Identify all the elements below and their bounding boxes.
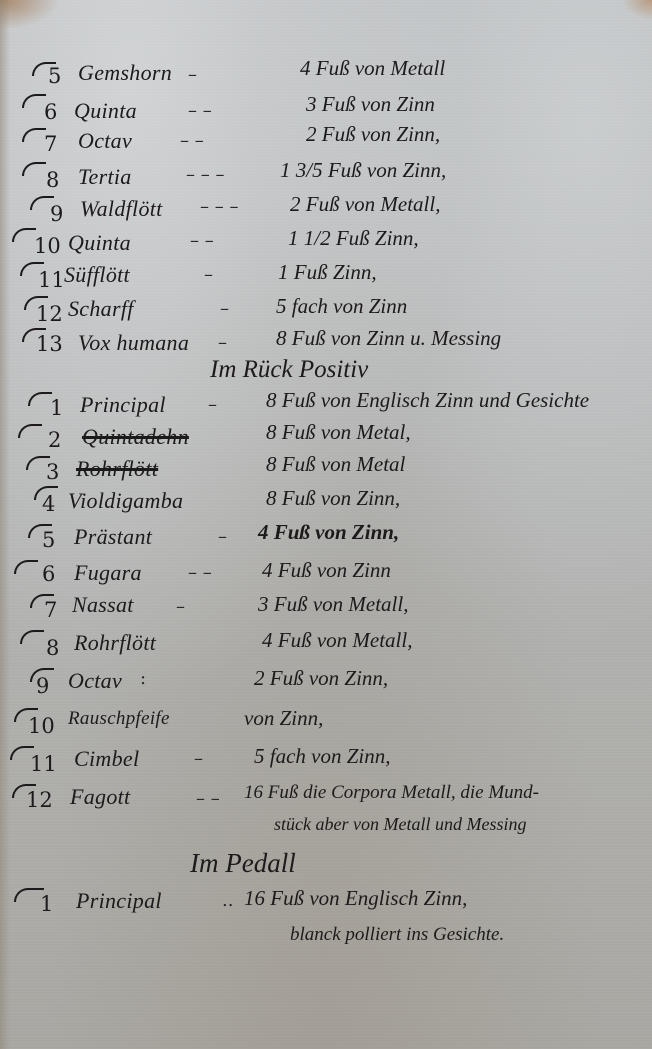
stop-number: 8 xyxy=(46,168,59,192)
leader-dash: – – xyxy=(190,230,214,251)
numeral-swash xyxy=(12,228,36,242)
numeral-swash xyxy=(18,424,42,438)
numeral-swash xyxy=(22,128,46,142)
stop-description: von Zinn, xyxy=(244,706,323,731)
numeral-swash xyxy=(28,392,52,406)
stop-number: 1 xyxy=(50,396,63,420)
stop-row: 2 Quintadehn 8 Fuß von Metal, xyxy=(0,420,652,454)
stop-number: 5 xyxy=(48,64,61,88)
stop-name: Fugara xyxy=(74,560,142,586)
stop-number: 8 xyxy=(46,636,59,660)
page-corner-stain-right xyxy=(622,0,652,20)
leader-dash: – xyxy=(204,264,213,285)
leader-dash: – xyxy=(188,64,197,85)
stop-number: 7 xyxy=(44,598,57,622)
stop-number: 10 xyxy=(34,234,61,258)
stop-row: 1 Principal .. 16 Fuß von Englisch Zinn, xyxy=(0,886,652,920)
manuscript-page: 5 Gemshorn – 4 Fuß von Metall 6 Quinta –… xyxy=(0,0,652,1049)
leader-dash: : xyxy=(140,668,146,689)
stop-row: 12 Scharff – 5 fach von Zinn xyxy=(0,294,652,328)
stop-description: 4 Fuß von Metall, xyxy=(262,628,412,653)
stop-name: Nassat xyxy=(72,592,134,618)
stop-name: Quinta xyxy=(68,230,131,256)
stop-description: 2 Fuß von Metall, xyxy=(290,192,440,217)
numeral-swash xyxy=(22,162,46,176)
stop-name-struck: Quintadehn xyxy=(82,424,189,450)
leader-dash: – xyxy=(218,332,227,353)
stop-name: Rauschpfeife xyxy=(68,708,170,730)
stop-row: 12 Fagott – – 16 Fuß die Corpora Metall,… xyxy=(0,782,652,816)
stop-row: 3 Rohrflött 8 Fuß von Metal xyxy=(0,452,652,486)
stop-row: 11 Süfflött – 1 Fuß Zinn, xyxy=(0,260,652,294)
stop-row: 5 Gemshorn – 4 Fuß von Metall xyxy=(0,56,652,90)
numeral-swash xyxy=(22,94,46,108)
stop-row: 10 Quinta – – 1 1/2 Fuß Zinn, xyxy=(0,226,652,260)
stop-name: Principal xyxy=(76,888,162,914)
stop-number: 12 xyxy=(26,788,53,812)
stop-description: 1 1/2 Fuß Zinn, xyxy=(288,226,419,251)
stop-description-cont: blanck polliert ins Gesichte. xyxy=(290,924,504,946)
stop-number: 3 xyxy=(46,460,59,484)
stop-name: Tertia xyxy=(78,164,132,190)
stop-number: 1 xyxy=(40,892,53,916)
stop-number: 9 xyxy=(36,674,49,698)
stop-name: Principal xyxy=(80,392,166,418)
stop-row: 7 Octav – – 2 Fuß von Zinn, xyxy=(0,124,652,158)
stop-name: Octav xyxy=(68,668,122,694)
stop-description: 1 Fuß Zinn, xyxy=(278,260,377,285)
stop-description: 16 Fuß die Corpora Metall, die Mund- xyxy=(244,782,539,804)
stop-number: 6 xyxy=(44,100,57,124)
numeral-swash xyxy=(14,560,38,574)
stop-description-continuation: stück aber von Metall und Messing xyxy=(0,814,652,848)
stop-description: 2 Fuß von Zinn, xyxy=(254,666,388,691)
stop-number: 6 xyxy=(42,562,55,586)
stop-number: 13 xyxy=(36,332,63,356)
stop-row: 11 Cimbel – 5 fach von Zinn, xyxy=(0,744,652,778)
leader-dash: – xyxy=(194,748,203,769)
stop-name: Fagott xyxy=(70,784,130,810)
stop-name: Süfflött xyxy=(64,262,130,288)
stop-description: 8 Fuß von Metal xyxy=(266,452,405,477)
leader-dash: – – xyxy=(188,562,212,583)
stop-name-struck: Rohrflött xyxy=(76,456,158,482)
stop-description: 8 Fuß von Zinn u. Messing xyxy=(276,326,501,351)
leader-dash: – xyxy=(220,298,229,319)
leader-dash: – xyxy=(208,394,217,415)
stop-description: 5 fach von Zinn, xyxy=(254,744,391,769)
stop-number: 10 xyxy=(28,714,55,738)
stop-description-continuation: blanck polliert ins Gesichte. xyxy=(0,924,652,958)
stop-row: 4 Violdigamba 8 Fuß von Zinn, xyxy=(0,484,652,518)
stop-name: Cimbel xyxy=(74,746,139,772)
section-heading: Im Pedall xyxy=(190,848,296,879)
leader-dash: .. xyxy=(222,890,233,911)
stop-name: Scharff xyxy=(68,296,134,322)
stop-number: 12 xyxy=(36,302,63,326)
stop-name: Vox humana xyxy=(78,330,189,356)
stop-name: Quinta xyxy=(74,98,137,124)
stop-description: 4 Fuß von Zinn xyxy=(262,558,391,583)
stop-row: 13 Vox humana – 8 Fuß von Zinn u. Messin… xyxy=(0,326,652,360)
stop-name: Violdigamba xyxy=(68,488,183,514)
stop-row: 6 Quinta – – 3 Fuß von Zinn xyxy=(0,90,652,124)
stop-number: 11 xyxy=(30,752,57,776)
stop-description: 4 Fuß von Metall xyxy=(300,56,445,81)
stop-row: 1 Principal – 8 Fuß von Englisch Zinn un… xyxy=(0,388,652,422)
leader-dash: – – – xyxy=(200,196,238,217)
stop-name: Rohrflött xyxy=(74,630,156,656)
stop-number: 7 xyxy=(44,132,57,156)
stop-description: 1 3/5 Fuß von Zinn, xyxy=(280,158,446,183)
stop-description-cont: stück aber von Metall und Messing xyxy=(274,814,526,835)
stop-name: Prästant xyxy=(74,524,152,550)
stop-description: 8 Fuß von Zinn, xyxy=(266,486,400,511)
leader-dash: – – – xyxy=(186,164,224,185)
stop-number: 2 xyxy=(48,428,61,452)
stop-description: 8 Fuß von Englisch Zinn und Gesichte xyxy=(266,388,589,413)
stop-description: 3 Fuß von Metall, xyxy=(258,592,408,617)
section-heading: Im Rück Positiv xyxy=(210,356,368,384)
stop-description: 16 Fuß von Englisch Zinn, xyxy=(244,886,467,911)
stop-row: 9 Waldflött – – – 2 Fuß von Metall, xyxy=(0,192,652,226)
stop-number: 5 xyxy=(42,528,55,552)
stop-description: 2 Fuß von Zinn, xyxy=(306,122,440,147)
stop-name: Gemshorn xyxy=(78,60,172,86)
leader-dash: – xyxy=(176,596,185,617)
stop-description: 5 fach von Zinn xyxy=(276,294,407,319)
leader-dash: – – xyxy=(196,788,220,809)
stop-number: 9 xyxy=(50,202,63,226)
numeral-swash xyxy=(20,630,44,644)
leader-dash: – xyxy=(218,526,227,547)
stop-row: 7 Nassat – 3 Fuß von Metall, xyxy=(0,590,652,624)
stop-number: 4 xyxy=(42,492,55,516)
stop-row: 8 Tertia – – – 1 3/5 Fuß von Zinn, xyxy=(0,158,652,192)
stop-row: 10 Rauschpfeife von Zinn, xyxy=(0,706,652,740)
stop-name: Waldflött xyxy=(80,196,163,222)
stop-row: 8 Rohrflött 4 Fuß von Metall, xyxy=(0,626,652,660)
stop-description: 3 Fuß von Zinn xyxy=(306,92,435,117)
stop-row: 9 Octav : 2 Fuß von Zinn, xyxy=(0,664,652,698)
leader-dash: – – xyxy=(180,130,204,151)
leader-dash: – – xyxy=(188,100,212,121)
stop-name: Octav xyxy=(78,128,132,154)
stop-row: 6 Fugara – – 4 Fuß von Zinn xyxy=(0,556,652,590)
stop-description: 8 Fuß von Metal, xyxy=(266,420,411,445)
stop-description: 4 Fuß von Zinn, xyxy=(258,520,399,545)
stop-number: 11 xyxy=(38,268,65,292)
stop-row: 5 Prästant – 4 Fuß von Zinn, xyxy=(0,518,652,552)
